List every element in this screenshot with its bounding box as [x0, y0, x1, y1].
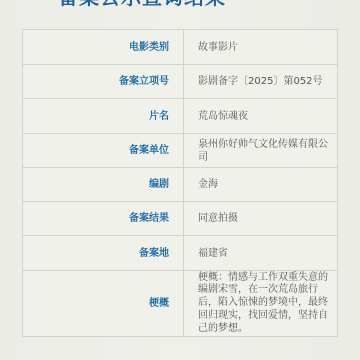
- row-value-screenwriter: 金海: [184, 168, 338, 202]
- row-value-filing-location: 福建省: [184, 236, 338, 271]
- table-row: 电影类别 故事影片: [23, 30, 338, 65]
- table-row: 备案地 福建省: [23, 236, 338, 271]
- row-label-synopsis: 梗概: [23, 271, 184, 337]
- table-row: 片名 荒岛惊魂夜: [23, 99, 338, 134]
- row-label-film-category: 电影类别: [23, 30, 184, 65]
- table-row: 备案立项号 影剧备字〔2025〕第052号: [23, 65, 338, 99]
- row-label-filing-number: 备案立项号: [23, 65, 184, 99]
- row-value-filing-result: 同意拍摄: [184, 202, 338, 236]
- table-row: 备案结果 同意拍摄: [23, 202, 338, 236]
- table-row: 编剧 金海: [23, 168, 338, 202]
- table-row: 梗概 梗概：情感与工作双重失意的编剧宋雪，在一次荒岛旅行后，陷入惊悚的梦境中，最…: [23, 271, 338, 337]
- row-label-film-title: 片名: [23, 99, 184, 134]
- table-row: 备案单位 泉州你好帅气文化传媒有限公司: [23, 134, 338, 168]
- row-label-screenwriter: 编剧: [23, 168, 184, 202]
- filing-info-table: 电影类别 故事影片 备案立项号 影剧备字〔2025〕第052号 片名 荒岛惊魂夜…: [22, 29, 338, 337]
- row-value-filing-number: 影剧备字〔2025〕第052号: [184, 65, 338, 99]
- row-label-filing-company: 备案单位: [23, 134, 184, 168]
- row-value-filing-company: 泉州你好帅气文化传媒有限公司: [184, 134, 338, 168]
- page-title: 备案公示查询结果: [58, 0, 226, 8]
- row-label-filing-location: 备案地: [23, 236, 184, 271]
- row-value-film-category: 故事影片: [184, 30, 338, 65]
- row-label-filing-result: 备案结果: [23, 202, 184, 236]
- page: 备案公示查询结果 电影类别 故事影片 备案立项号 影剧备字〔2025〕第052号…: [0, 0, 360, 360]
- row-value-synopsis: 梗概：情感与工作双重失意的编剧宋雪，在一次荒岛旅行后，陷入惊悚的梦境中，最终回归…: [184, 271, 338, 337]
- row-value-film-title: 荒岛惊魂夜: [184, 99, 338, 134]
